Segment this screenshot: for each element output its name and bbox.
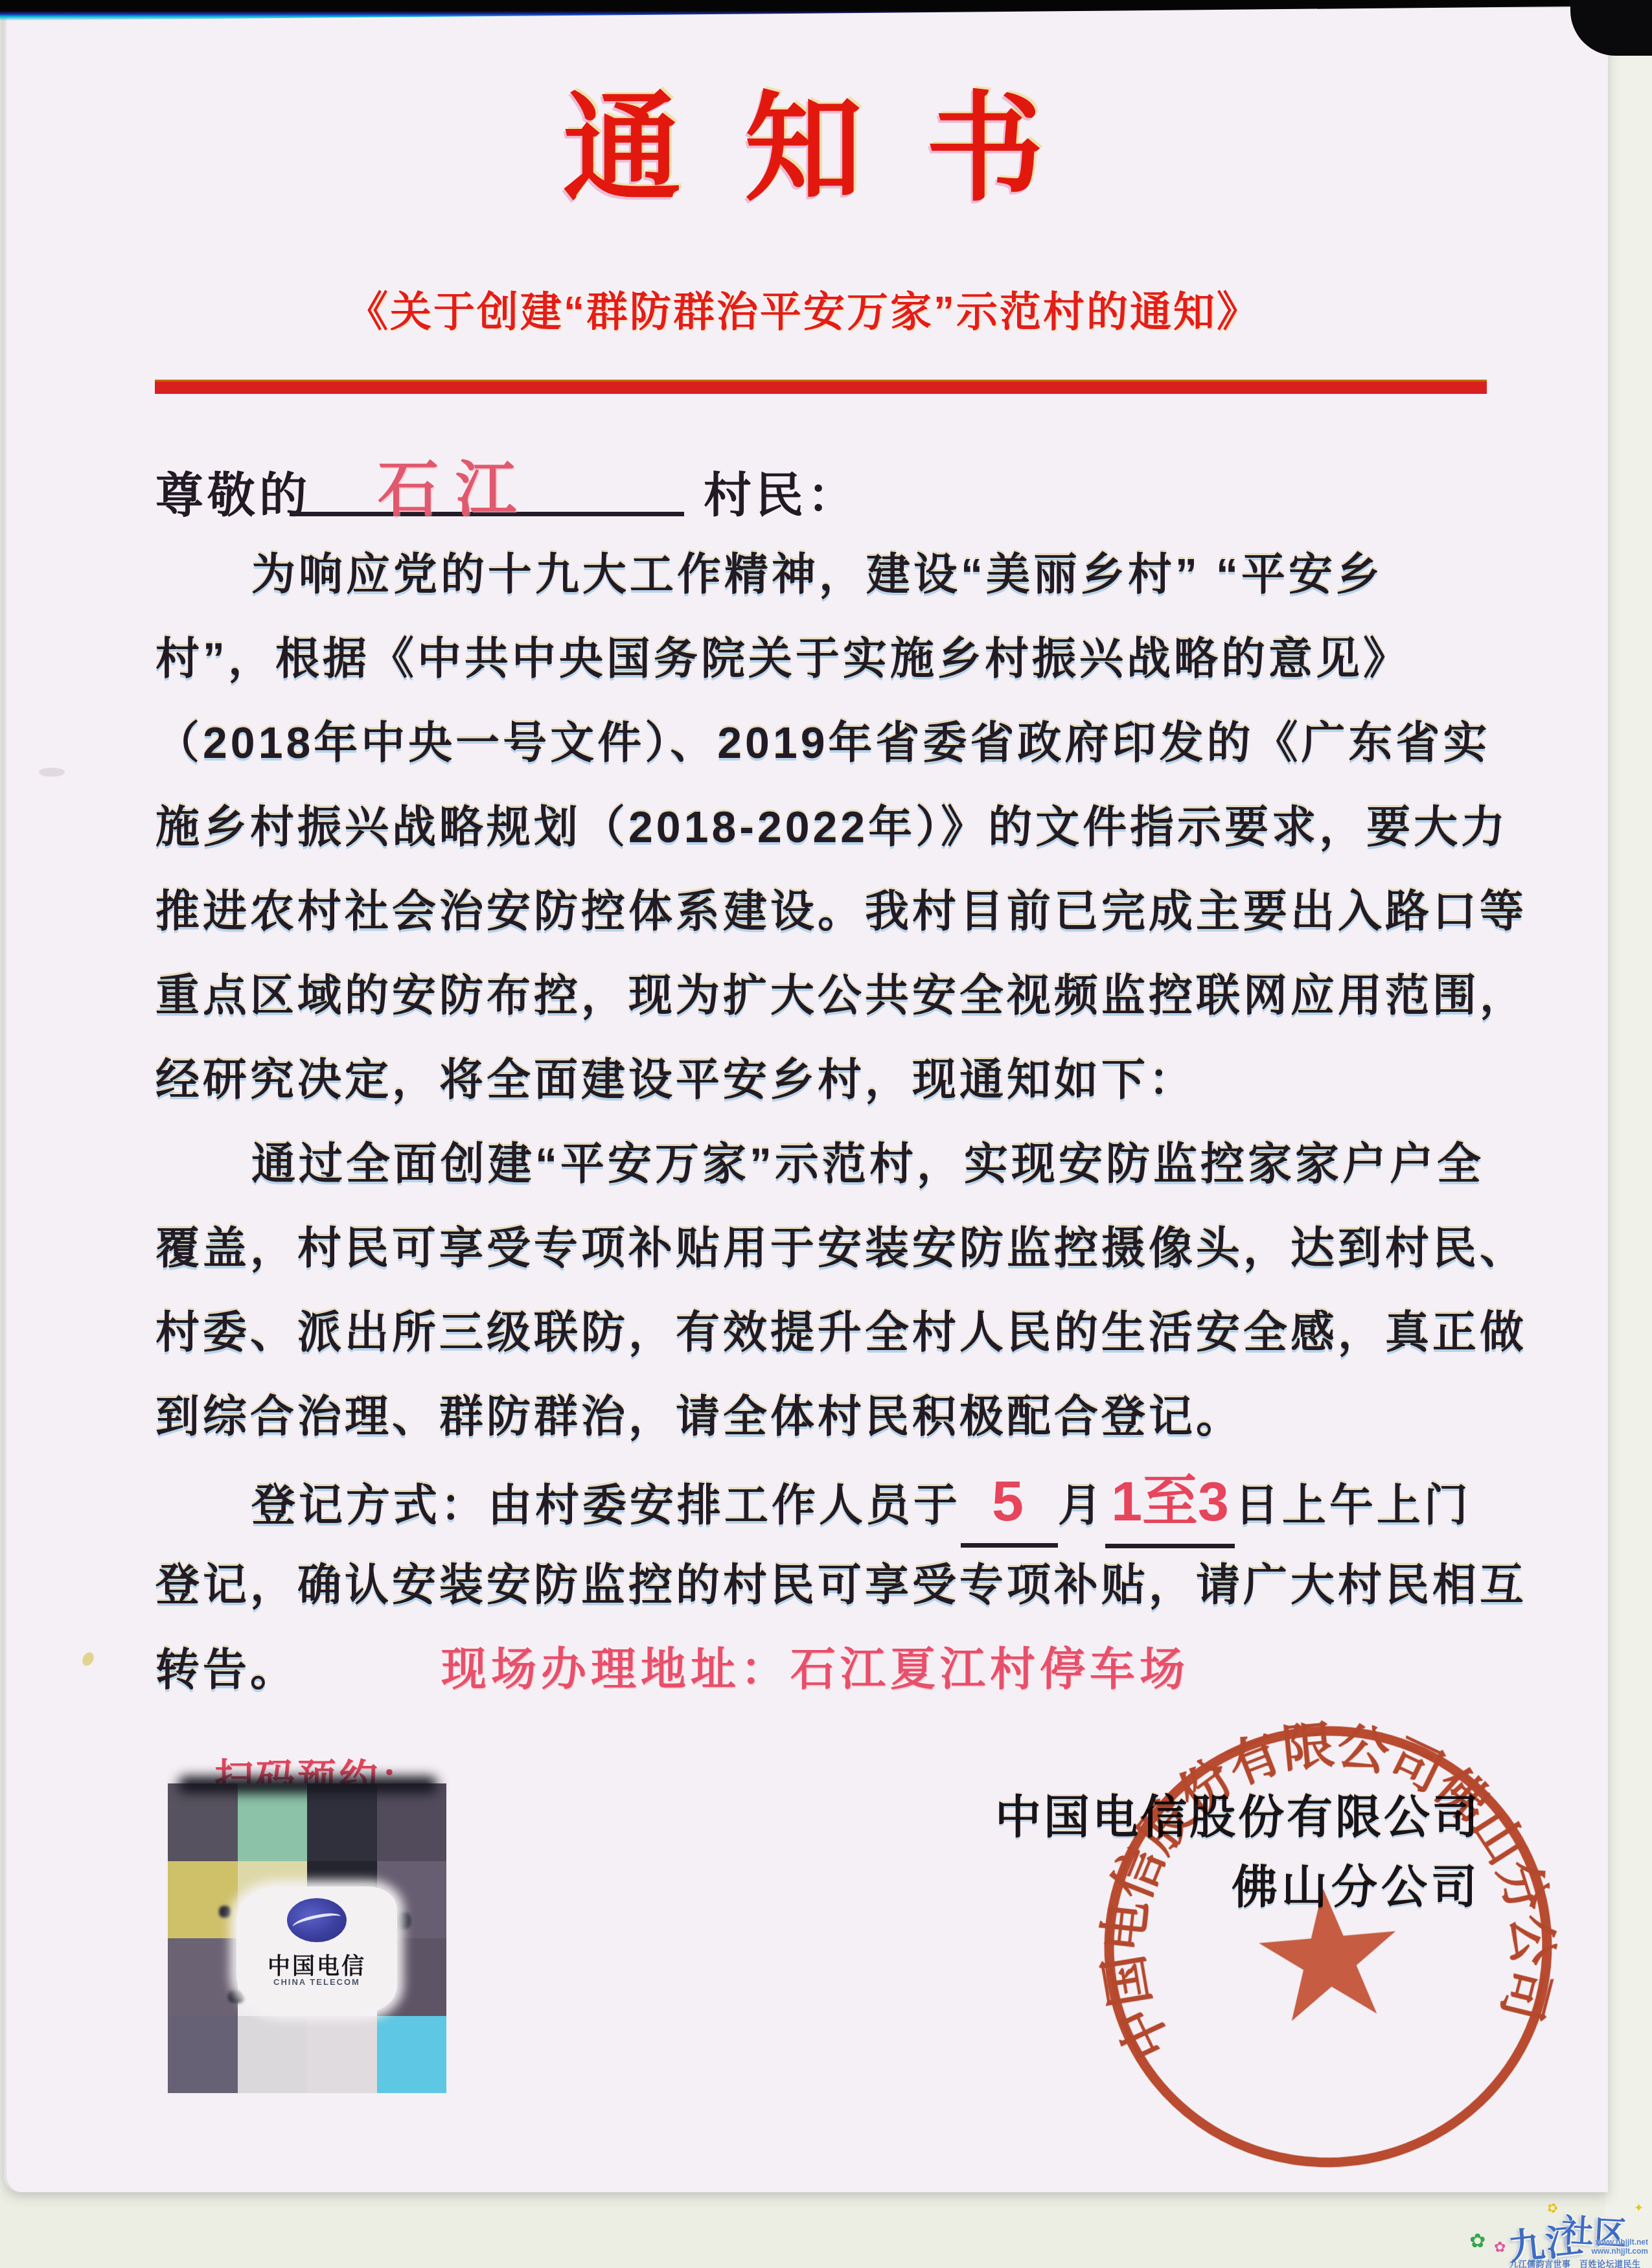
paper-blemish <box>39 768 65 777</box>
telecom-globe-icon <box>287 1898 347 1942</box>
forum-watermark: ✿ ✿ ✿ ✦ 九江 社区 www.nhjjlt.net www.nhjjlt.… <box>1464 2201 1652 2268</box>
address-line-black: 转告。 <box>155 1628 297 1712</box>
mosaic-cell <box>238 2016 308 2094</box>
header-divider <box>155 380 1487 394</box>
body-line: 到综合治理、群防群治，请全体村民积极配合登记。 <box>155 1375 1497 1459</box>
qr-speckle <box>396 1912 411 1929</box>
mosaic-cell <box>168 1938 238 2016</box>
page-subtitle: 《关于创建“群防群治平安万家”示范村的通知》 <box>0 279 1607 338</box>
greeting-line: 尊敬的 石江 村民： <box>0 452 1607 523</box>
registration-text: 登记方式：由村委安排工作人员于 <box>155 1463 961 1548</box>
body-line: 登记，确认安装安防监控的村民可享受专项补贴，请广大村民相互 <box>155 1543 1497 1627</box>
days-blank-handwritten: 1至3 <box>1105 1460 1235 1548</box>
body-line: 经研究决定，将全面建设平安乡村，现通知如下： <box>155 1038 1497 1122</box>
body-line: 村委、派出所三级联防，有效提升全村人民的生活安全感，真正做 <box>155 1290 1497 1375</box>
mosaic-cell <box>307 1783 377 1861</box>
address-line: 转告。 现场办理地址：石江夏江村停车场 <box>155 1627 1497 1712</box>
notice-body: 为响应党的十九大工作精神，建设“美丽乡村” “平安乡 村”，根据《中共中央国务院… <box>155 533 1497 1712</box>
flower-icon: ✿ <box>1494 2239 1506 2256</box>
village-name-handwritten: 石江 <box>378 441 533 528</box>
branch-name: 佛山分公司 <box>803 1853 1481 1923</box>
body-line: 重点区域的安防布控，现为扩大公共安全视频监控联网应用范围， <box>155 954 1497 1038</box>
signature-block: 中国电信股份有限公司 佛山分公司 <box>803 1783 1481 1923</box>
body-line: 村”，根据《中共中央国务院关于实施乡村振兴战略的意见》 <box>155 617 1497 701</box>
mosaic-cell <box>168 2016 238 2094</box>
month-blank-handwritten: 5 <box>961 1459 1058 1548</box>
telecom-logo-cn: 中国电信 <box>236 1949 397 1981</box>
body-line: 为响应党的十九大工作精神，建设“美丽乡村” “平安乡 <box>155 533 1497 617</box>
qr-speckle <box>219 1906 231 1918</box>
page-title: 通知书 <box>0 54 1607 223</box>
company-seal-stamp: 中国电信股份有限公司佛山分公司 <box>1062 1684 1594 2210</box>
mosaic-cell <box>168 1783 238 1861</box>
watermark-url: www.nhjjlt.net <box>1570 2238 1648 2247</box>
company-name: 中国电信股份有限公司 <box>803 1783 1481 1853</box>
mosaic-cell <box>168 1861 238 1939</box>
scanner-backing-right <box>1605 0 1652 2268</box>
month-char: 月 <box>1058 1463 1105 1548</box>
greeting-suffix: 村民： <box>704 457 859 526</box>
qr-top-fuzzy-edge <box>178 1776 437 1793</box>
telecom-logo-en: CHINA TELECOM <box>236 1977 397 1987</box>
mosaic-cell <box>377 2016 447 2094</box>
watermark-url: www.nhjjlt.com <box>1570 2247 1648 2256</box>
registration-line: 登记方式：由村委安排工作人员于 5 月 1至3 日上午上门 <box>155 1459 1497 1543</box>
mosaic-cell <box>307 2016 377 2094</box>
sparkle-icon: ✦ <box>1634 2201 1644 2215</box>
flower-icon: ✿ <box>1469 2230 1486 2252</box>
china-telecom-logo: 中国电信 CHINA TELECOM <box>236 1886 397 2013</box>
mosaic-cell <box>377 1783 447 1861</box>
body-line: 覆盖，村民可享受专项补贴用于安装安防监控摄像头，达到村民、 <box>155 1206 1497 1290</box>
onsite-address: 现场办理地址：石江夏江村停车场 <box>441 1627 1189 1712</box>
mosaic-cell <box>238 1783 308 1861</box>
watermark-tagline: 九江儒韵言世事 百姓论坛道民生 <box>1509 2257 1652 2268</box>
body-line: （2018年中央一号文件）、2019年省委省政府印发的《广东省实 <box>155 701 1497 785</box>
scanned-notice-page: 通知书 《关于创建“群防群治平安万家”示范村的通知》 尊敬的 石江 村民： 为响… <box>0 0 1652 2268</box>
body-line: 推进农村社会治安防控体系建设。我村目前已完成主要出入路口等 <box>155 869 1497 954</box>
registration-text-after: 日上午上门 <box>1235 1463 1471 1548</box>
greeting-prefix: 尊敬的 <box>155 457 311 526</box>
body-line: 施乡村振兴战略规划（2018-2022年）》的文件指示要求，要大力 <box>155 785 1497 869</box>
body-line: 通过全面创建“平安万家”示范村，实现安防监控家家户户全 <box>155 1122 1497 1206</box>
